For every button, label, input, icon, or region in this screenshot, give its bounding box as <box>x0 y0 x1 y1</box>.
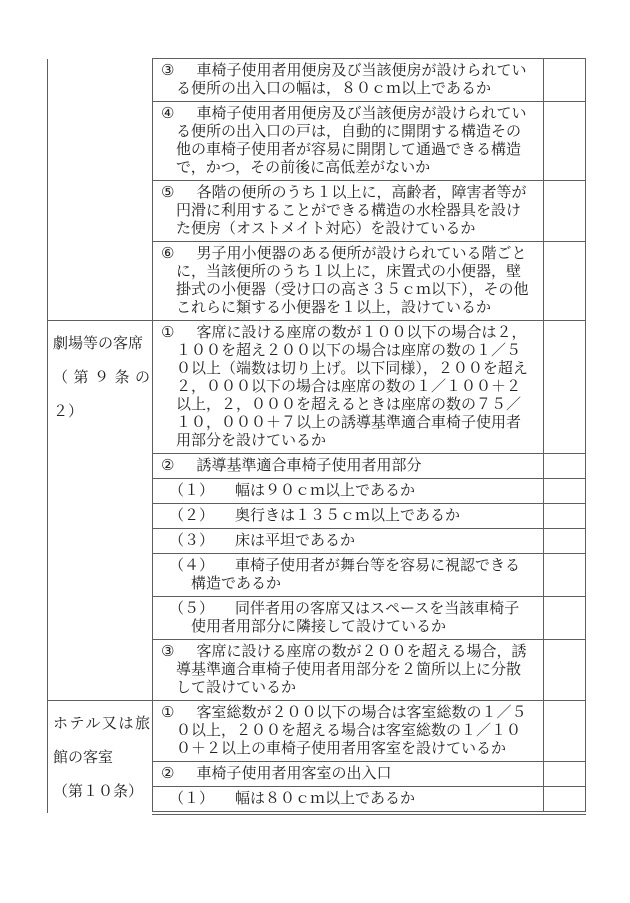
check-cell <box>544 321 586 454</box>
item-number: （１） <box>169 483 214 499</box>
item-number: ⑤ <box>161 185 174 201</box>
item-number: ⑥ <box>161 246 174 262</box>
item-text: 各階の便所のうち１以上に，高齢者，障害者等が円滑に利用することができる構造の水栓… <box>176 185 526 237</box>
table-row: ③車椅子使用者用便房及び当該便房が設けられている便所の出入口の幅は，８０ｃｍ以上… <box>48 59 586 102</box>
check-cell <box>544 597 586 640</box>
item-number: （４） <box>169 558 214 574</box>
item-cell: ①客室総数が２００以下の場合は客室総数の１／５０以上，２００を超える場合は客室総… <box>153 701 544 762</box>
table-row: 劇場等の客席 （第９条の２） ①客席に設ける座席の数が１００以下の場合は２，１０… <box>48 321 586 454</box>
category-cell <box>48 59 153 321</box>
item-cell: ③客席に設ける座席の数が２００を超える場合，誘導基準適合車椅子使用者用部分を２箇… <box>153 640 544 701</box>
item-number: （１） <box>169 791 214 807</box>
item-number: （５） <box>169 601 214 617</box>
item-cell: ⑥男子用小便器のある便所が設けられている階ごとに，当該便所のうち１以上に，床置式… <box>153 242 544 321</box>
item-text: 車椅子使用者用便房及び当該便房が設けられている便所の出入口の幅は，８０ｃｍ以上で… <box>176 63 526 97</box>
category-article: （第９条の２） <box>53 361 150 429</box>
item-cell: ②誘導基準適合車椅子使用者用部分 <box>153 454 544 479</box>
category-cell: ホテル又は旅館の客室 （第１０条） <box>48 701 153 814</box>
item-cell: ③車椅子使用者用便房及び当該便房が設けられている便所の出入口の幅は，８０ｃｍ以上… <box>153 59 544 102</box>
item-cell: ②車椅子使用者用客室の出入口 <box>153 762 544 787</box>
check-cell <box>544 529 586 554</box>
item-cell: ④車椅子使用者用便房及び当該便房が設けられている便所の出入口の戸は，自動的に開閉… <box>153 102 544 181</box>
item-text: 誘導基準適合車椅子使用者用部分 <box>196 458 421 474</box>
category-cell: 劇場等の客席 （第９条の２） <box>48 321 153 701</box>
item-number: ② <box>161 766 174 782</box>
item-number: ③ <box>161 63 174 79</box>
item-cell: （１）幅は８０ｃｍ以上であるか <box>153 787 544 814</box>
check-cell <box>544 242 586 321</box>
check-cell <box>544 762 586 787</box>
item-number: （２） <box>169 508 214 524</box>
item-number: ③ <box>161 644 174 660</box>
item-cell: （５）同伴者用の客席又はスペースを当該車椅子使用者用部分に隣接して設けているか <box>153 597 544 640</box>
item-text: 同伴者用の客席又はスペースを当該車椅子使用者用部分に隣接して設けているか <box>191 601 519 635</box>
item-cell: ①客席に設ける座席の数が１００以下の場合は２，１００を超え２００以下の場合は座席… <box>153 321 544 454</box>
item-text: 幅は８０ｃｍ以上であるか <box>235 791 415 807</box>
item-number: ① <box>161 325 174 341</box>
item-number: ② <box>161 458 174 474</box>
item-text: 車椅子使用者が舞台等を容易に視認できる構造であるか <box>191 558 520 592</box>
check-cell <box>544 640 586 701</box>
document-page: ③車椅子使用者用便房及び当該便房が設けられている便所の出入口の幅は，８０ｃｍ以上… <box>0 0 630 903</box>
category-article: （第１０条） <box>53 775 150 809</box>
item-cell: （４）車椅子使用者が舞台等を容易に視認できる構造であるか <box>153 554 544 597</box>
check-cell <box>544 454 586 479</box>
item-cell: ⑤各階の便所のうち１以上に，高齢者，障害者等が円滑に利用することができる構造の水… <box>153 181 544 242</box>
check-cell <box>544 59 586 102</box>
check-cell <box>544 554 586 597</box>
check-cell <box>544 479 586 504</box>
item-text: 客席に設ける座席の数が１００以下の場合は２，１００を超え２００以下の場合は座席の… <box>176 325 528 449</box>
check-cell <box>544 701 586 762</box>
item-text: 奥行きは１３５ｃｍ以上であるか <box>235 508 460 524</box>
item-text: 客席に設ける座席の数が２００を超える場合，誘導基準適合車椅子使用者用部分を２箇所… <box>176 644 526 696</box>
check-cell <box>544 787 586 814</box>
item-cell: （１）幅は９０ｃｍ以上であるか <box>153 479 544 504</box>
item-text: 車椅子使用者用便房及び当該便房が設けられている便所の出入口の戸は，自動的に開閉す… <box>176 106 526 176</box>
item-text: 客室総数が２００以下の場合は客室総数の１／５０以上，２００を超える場合は客室総数… <box>176 705 526 757</box>
check-cell <box>544 102 586 181</box>
checklist-table: ③車椅子使用者用便房及び当該便房が設けられている便所の出入口の幅は，８０ｃｍ以上… <box>47 58 586 815</box>
item-text: 幅は９０ｃｍ以上であるか <box>235 483 415 499</box>
check-cell <box>544 181 586 242</box>
item-text: 車椅子使用者用客室の出入口 <box>196 766 391 782</box>
item-text: 男子用小便器のある便所が設けられている階ごとに，当該便所のうち１以上に，床置式の… <box>176 246 529 316</box>
item-cell: （２）奥行きは１３５ｃｍ以上であるか <box>153 504 544 529</box>
category-name: ホテル又は旅館の客室 <box>53 707 150 775</box>
table-row: ホテル又は旅館の客室 （第１０条） ①客室総数が２００以下の場合は客室総数の１／… <box>48 701 586 762</box>
item-number: （３） <box>169 533 214 549</box>
item-number: ④ <box>161 106 174 122</box>
check-cell <box>544 504 586 529</box>
item-number: ① <box>161 705 174 721</box>
category-name: 劇場等の客席 <box>53 327 150 361</box>
item-cell: （３）床は平坦であるか <box>153 529 544 554</box>
item-text: 床は平坦であるか <box>235 533 355 549</box>
